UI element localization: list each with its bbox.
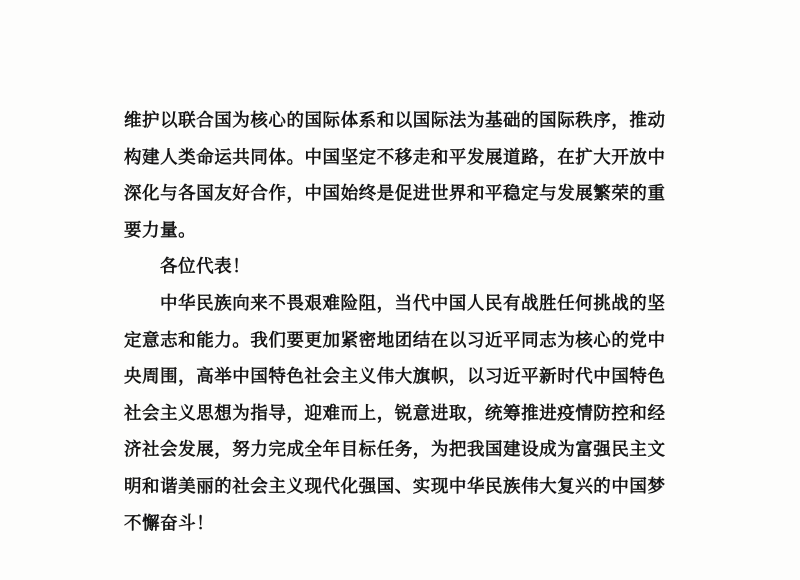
text-line: 维护以联合国为核心的国际体系和以国际法为基础的国际秩序，推动 <box>124 103 684 140</box>
text-line: 定意志和能力。我们要更加紧密地团结在以习近平同志为核心的党中 <box>124 323 684 360</box>
paragraph-salutation: 各位代表！ <box>124 249 684 286</box>
text-line: 要力量。 <box>124 213 684 250</box>
text-line: 中华民族向来不畏艰难险阻，当代中国人民有战胜任何挑战的坚 <box>124 286 684 323</box>
text-line: 济社会发展，努力完成全年目标任务，为把我国建设成为富强民主文 <box>124 432 684 469</box>
text-line: 央周围，高举中国特色社会主义伟大旗帜，以习近平新时代中国特色 <box>124 359 684 396</box>
text-line: 构建人类命运共同体。中国坚定不移走和平发展道路，在扩大开放中 <box>124 140 684 177</box>
text-line: 不懈奋斗！ <box>124 506 684 543</box>
scanned-document-page: 维护以联合国为核心的国际体系和以国际法为基础的国际秩序，推动 构建人类命运共同体… <box>0 0 800 580</box>
text-line: 深化与各国友好合作，中国始终是促进世界和平稳定与发展繁荣的重 <box>124 176 684 213</box>
paragraph-closing: 中华民族向来不畏艰难险阻，当代中国人民有战胜任何挑战的坚 定意志和能力。我们要更… <box>124 286 684 542</box>
document-body: 维护以联合国为核心的国际体系和以国际法为基础的国际秩序，推动 构建人类命运共同体… <box>124 103 684 542</box>
paragraph-international-order: 维护以联合国为核心的国际体系和以国际法为基础的国际秩序，推动 构建人类命运共同体… <box>124 103 684 249</box>
salutation-line: 各位代表！ <box>124 249 684 286</box>
text-line: 明和谐美丽的社会主义现代化强国、实现中华民族伟大复兴的中国梦 <box>124 469 684 506</box>
text-line: 社会主义思想为指导，迎难而上，锐意进取，统筹推进疫情防控和经 <box>124 396 684 433</box>
